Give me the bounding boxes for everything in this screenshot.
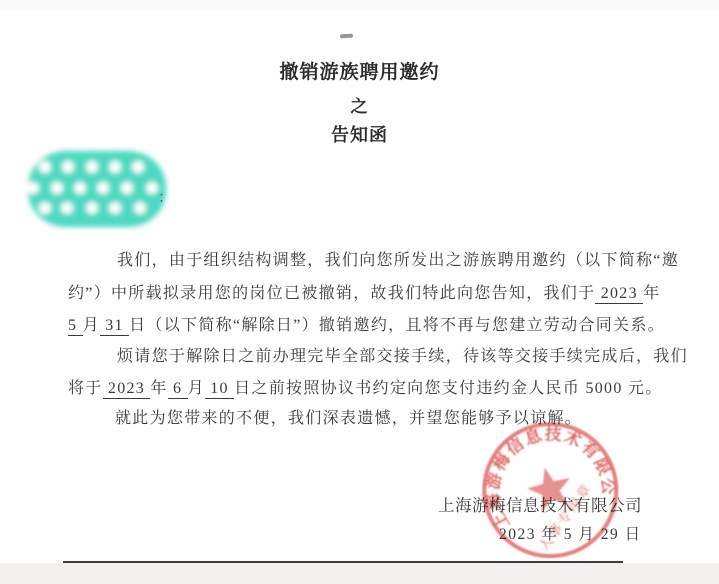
- body-line: 我们，由于组织结构调整，我们向您所发出之游族聘用邀约（以下简称“邀: [117, 247, 679, 270]
- body-text-segment: 我们，由于组织结构调整，我们向您所发出之游族聘用邀约（以下简称“邀: [117, 252, 679, 269]
- underlined-blank-value: 2023: [595, 285, 643, 304]
- body-line: 约”）中所载拟录用您的岗位已被撤销，故我们特此向您告知，我们于 2023 年: [68, 280, 661, 303]
- company-seal-stamp: 上海游梅信息技术有限公司 人事专用章: [474, 418, 629, 568]
- body-text-segment: 年: [643, 285, 660, 302]
- body-text-segment: 烦请您于解除日之前办理完毕全部交接手续，待该等交接手续完成后，我们: [117, 348, 688, 365]
- body-line: 5 月 31 日（以下简称“解除日”）撤销邀约，且将不再与您建立劳动合同关系。: [68, 312, 665, 335]
- body-line: 将于 2023 年 6 月 10 日之前按照协议书约定向您支付违约金人民币 50…: [68, 375, 663, 398]
- letter-subtitle: 告知函: [0, 121, 719, 147]
- body-text-segment: 日之前按照协议书约定向您支付违约金人民币 5000 元。: [234, 380, 662, 397]
- body-line: 烦请您于解除日之前办理完毕全部交接手续，待该等交接手续完成后，我们: [117, 343, 688, 366]
- body-text-segment: 月: [188, 380, 205, 397]
- redaction-scribble: [24, 147, 170, 231]
- underlined-blank-value: 5: [68, 317, 83, 336]
- smudge-artifact: [340, 34, 353, 39]
- scan-bottom-strip: [0, 563, 719, 584]
- body-text-segment: 月: [83, 317, 100, 334]
- underlined-blank-value: 10: [205, 380, 234, 399]
- body-text-segment: 年: [150, 380, 167, 397]
- scanned-letter-page: 撤销游族聘用邀约 之 告知函 ： 我们，由于组织结构调整，我们向您所发出之游族聘…: [0, 0, 719, 584]
- letter-title: 撤销游族聘用邀约: [0, 57, 719, 84]
- salutation-colon: ：: [158, 186, 173, 207]
- body-text-segment: 约”）中所载拟录用您的岗位已被撤销，故我们特此向您告知，我们于: [68, 285, 595, 302]
- scan-edge-strip: [0, 0, 719, 9]
- underlined-blank-value: 6: [168, 380, 188, 399]
- underlined-blank-value: 2023: [103, 380, 151, 399]
- body-text-segment: 日（以下简称“解除日”）撤销邀约，且将不再与您建立劳动合同关系。: [129, 317, 665, 334]
- body-text-segment: 将于: [68, 380, 103, 397]
- letter-title-connector: 之: [0, 92, 719, 117]
- underlined-blank-value: 31: [100, 317, 129, 336]
